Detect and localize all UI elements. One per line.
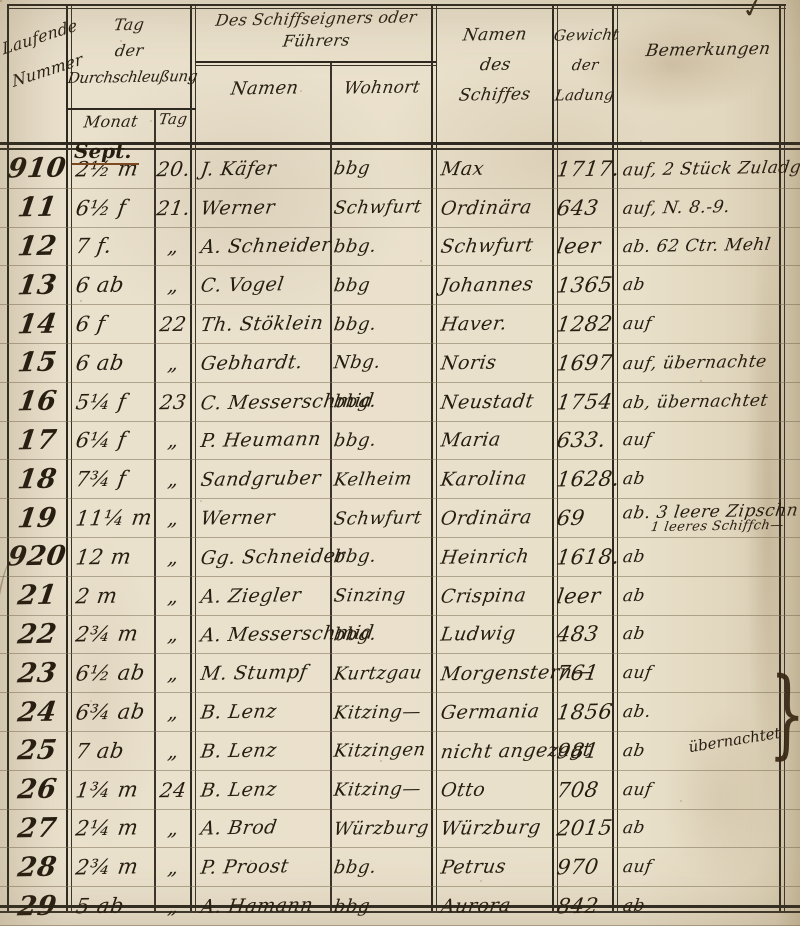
cell-residence: Kitzing— xyxy=(334,771,432,809)
cell-ship: Germania xyxy=(441,693,553,731)
cell-day: 20. xyxy=(155,150,192,188)
remark-text: auf, N. 8.-9. xyxy=(621,197,731,219)
weight-text: leer xyxy=(555,234,602,259)
time-text: 7 ab xyxy=(74,738,126,763)
cell-weight: 1697 xyxy=(557,344,613,382)
table-row: 136 ab„C. VogelbbgJohannes1365ab xyxy=(0,266,800,305)
remark-text: ab xyxy=(622,741,647,761)
cell-name: A. Hamann xyxy=(201,887,331,925)
weight-text: 1618. xyxy=(555,544,621,569)
cell-remark: ab. 62 Ctr. Mehl xyxy=(623,228,795,266)
cell-remark: ab xyxy=(623,266,795,304)
name-text: P. Proost xyxy=(199,855,290,879)
time-text: 11¼ m xyxy=(74,505,154,530)
ledger-rows: 9102½ m20.J. KäferbbgMax1717.auf, 2 Stüc… xyxy=(0,150,800,906)
weight-text: 69 xyxy=(555,506,586,530)
header-text: Wohnort xyxy=(343,77,422,98)
name-text: B. Lenz xyxy=(199,778,278,801)
time-text: 5 ab xyxy=(74,894,126,919)
ledger-page: Laufende Nummer Tag der Durchschleußung … xyxy=(0,0,800,926)
header-text: Bemerkungen xyxy=(644,39,771,61)
day-text: „ xyxy=(166,739,180,763)
cell-time: 7¾ f xyxy=(76,460,154,498)
residence-text: Kitzing— xyxy=(332,778,422,801)
day-text: „ xyxy=(166,584,180,608)
day-text: „ xyxy=(166,351,180,375)
cell-nr: 27 xyxy=(8,810,66,848)
time-text: 2¾ m xyxy=(74,855,140,880)
cell-weight: 1628. xyxy=(557,460,613,498)
cell-residence: Schwfurt xyxy=(334,499,432,537)
cell-weight: 981 xyxy=(557,732,613,770)
weight-text: 970 xyxy=(555,855,600,880)
cell-ship: Noris xyxy=(441,344,553,382)
residence-text: Schwfurt xyxy=(332,196,423,219)
cell-remark: auf, übernachte xyxy=(623,344,795,382)
cell-day: „ xyxy=(155,499,192,537)
time-text: 6½ ab xyxy=(74,661,146,686)
cell-ship: Karolina xyxy=(441,460,553,498)
cell-day: „ xyxy=(155,732,192,770)
cell-ship: Neustadt xyxy=(441,383,553,421)
cell-day: „ xyxy=(155,616,192,654)
cell-ship: Würzburg xyxy=(441,810,553,848)
cell-day: „ xyxy=(155,344,192,382)
nr-text: 920 xyxy=(6,541,68,573)
cell-nr: 26 xyxy=(8,771,66,809)
time-text: 7¾ f xyxy=(74,467,128,492)
cell-ship: Maria xyxy=(441,422,553,460)
weight-text: 1717. xyxy=(555,156,621,181)
residence-text: Sinzing xyxy=(332,585,407,607)
day-text: „ xyxy=(166,467,180,491)
cell-ship: Petrus xyxy=(441,848,553,886)
name-text: C. Vogel xyxy=(199,274,285,297)
cell-name: P. Heumann xyxy=(201,422,331,460)
nr-text: 24 xyxy=(15,696,58,728)
cell-ship: nicht angezagt xyxy=(441,732,553,770)
remark-text: ab xyxy=(622,624,647,644)
table-row: 282¾ m„P. Proostbbg.Petrus970auf xyxy=(0,848,800,887)
cell-day: „ xyxy=(155,887,192,925)
cell-name: M. Stumpf xyxy=(201,654,331,692)
weight-text: 1282 xyxy=(555,312,614,337)
pen-squiggle: ✓ xyxy=(739,0,767,26)
day-text: „ xyxy=(166,234,180,258)
cell-weight: 842 xyxy=(557,887,613,925)
cell-day: „ xyxy=(155,228,192,266)
cell-time: 2¾ m xyxy=(76,848,154,886)
cell-nr: 16 xyxy=(8,383,66,421)
ship-text: Noris xyxy=(439,351,498,374)
nr-text: 18 xyxy=(15,463,58,495)
cell-residence: bbg. xyxy=(334,848,432,886)
month-label: Sept. xyxy=(72,139,139,165)
cell-remark: ab xyxy=(623,616,795,654)
cell-remark: ab xyxy=(623,577,795,615)
header-owner-name: Namen xyxy=(201,78,329,99)
time-text: 2 m xyxy=(74,583,119,608)
header-text: Gewicht xyxy=(552,19,621,50)
nr-text: 28 xyxy=(15,851,58,883)
day-text: 23 xyxy=(159,389,189,413)
residence-text: bbg. xyxy=(332,313,377,335)
cell-time: 6¾ ab xyxy=(76,693,154,731)
cell-remark: ab. 3 leere Zipschn1 leeres Schiffch— xyxy=(623,499,795,537)
nr-text: 22 xyxy=(15,619,58,651)
cell-residence: bbg. xyxy=(334,228,432,266)
name-text: A. Brod xyxy=(199,817,278,840)
cell-name: A. Brod xyxy=(201,810,331,848)
cell-time: 7 f. xyxy=(76,228,154,266)
weight-text: 1628. xyxy=(555,467,621,492)
day-text: „ xyxy=(166,816,180,840)
weight-text: 981 xyxy=(555,738,600,763)
cell-ship: Haver. xyxy=(441,305,553,343)
cell-weight: leer xyxy=(557,228,613,266)
ship-text: Karolina xyxy=(439,468,528,491)
time-text: 7 f. xyxy=(74,234,113,259)
cell-day: „ xyxy=(155,693,192,731)
cell-weight: 1754 xyxy=(557,383,613,421)
header-day-of-passage: Tag der Durchschleußung xyxy=(68,12,190,90)
name-text: B. Lenz xyxy=(199,700,278,723)
cell-name: B. Lenz xyxy=(201,771,331,809)
cell-remark: ab xyxy=(623,887,795,925)
cell-name: B. Lenz xyxy=(201,732,331,770)
table-row: 176¼ f„P. Heumannbbg.Maria633.auf xyxy=(0,422,800,461)
ship-text: Crispina xyxy=(439,584,528,607)
cell-nr: 23 xyxy=(8,654,66,692)
nr-text: 21 xyxy=(15,580,58,612)
cell-name: A. Schneider xyxy=(201,228,331,266)
cell-nr: 15 xyxy=(8,344,66,382)
time-text: 6 f xyxy=(74,312,107,337)
time-text: 12 m xyxy=(74,544,133,569)
name-text: B. Lenz xyxy=(199,739,278,762)
cell-residence: bbg xyxy=(334,887,432,925)
cell-nr: 25 xyxy=(8,732,66,770)
header-text: des xyxy=(478,50,513,81)
day-text: „ xyxy=(166,545,180,569)
weight-text: leer xyxy=(555,583,602,608)
cell-name: C. Messerschmid xyxy=(201,383,331,421)
header-text: Namen xyxy=(461,19,529,50)
header-owner-residence: Wohnort xyxy=(332,78,432,98)
cell-time: 6 ab xyxy=(76,266,154,304)
cell-name: Gebhardt. xyxy=(201,344,331,382)
cell-nr: 29 xyxy=(8,887,66,925)
cell-nr: 13 xyxy=(8,266,66,304)
day-text: „ xyxy=(166,700,180,724)
header-remarks: Bemerkungen xyxy=(622,40,794,60)
nr-text: 13 xyxy=(15,269,58,301)
table-row: 236½ ab„M. StumpfKurtzgauMorgenstern—761… xyxy=(0,654,800,693)
weight-text: 1697 xyxy=(555,350,614,375)
remark-text: ab xyxy=(622,818,647,838)
header-text: Monat xyxy=(83,112,140,132)
residence-text: Kitzingen xyxy=(332,740,427,763)
nr-text: 16 xyxy=(15,386,58,418)
cell-residence: bbg xyxy=(334,150,432,188)
grid-line xyxy=(195,61,436,63)
header-text: Führers xyxy=(281,29,351,52)
remark-text: auf xyxy=(622,779,654,800)
cell-ship: Ordinära xyxy=(441,499,553,537)
cell-time: 11¼ m xyxy=(76,499,154,537)
time-text: 6¼ f xyxy=(74,428,128,453)
name-text: Sandgruber xyxy=(199,467,322,491)
cell-name: J. Käfer xyxy=(201,150,331,188)
nr-text: 12 xyxy=(15,231,58,263)
remark-text: auf, übernachte xyxy=(621,352,768,375)
remark-text: auf xyxy=(622,857,654,878)
residence-text: Nbg. xyxy=(332,352,382,374)
time-text: 1¾ m xyxy=(74,777,140,802)
cell-remark: auf xyxy=(623,771,795,809)
name-text: Gebhardt. xyxy=(199,351,304,375)
cell-ship: Aurora xyxy=(441,887,553,925)
residence-text: Kelheim xyxy=(332,468,413,490)
cell-ship: Otto xyxy=(441,771,553,809)
cell-residence: bbg. xyxy=(334,383,432,421)
time-text: 5¼ f xyxy=(74,389,128,414)
time-text: 6 ab xyxy=(74,350,126,375)
cell-residence: bbg. xyxy=(334,616,432,654)
cell-day: „ xyxy=(155,577,192,615)
weight-text: 2015 xyxy=(555,816,614,841)
table-row: 272¼ m„A. BrodWürzburgWürzburg2015ab xyxy=(0,810,800,849)
ship-text: Otto xyxy=(439,778,487,801)
weight-text: 1856 xyxy=(555,700,614,725)
nr-text: 17 xyxy=(15,425,58,457)
residence-text: bbg xyxy=(332,158,371,180)
cell-weight: 1717. xyxy=(557,150,613,188)
cell-name: Werner xyxy=(201,499,331,537)
cell-time: 12 m xyxy=(76,538,154,576)
table-row: 156 ab„Gebhardt.Nbg.Noris1697auf, überna… xyxy=(0,344,800,383)
cell-time: 2¼ m xyxy=(76,810,154,848)
day-text: „ xyxy=(166,506,180,530)
day-text: „ xyxy=(166,661,180,685)
cell-residence: Schwfurt xyxy=(334,189,432,227)
cell-remark: ab xyxy=(623,460,795,498)
cell-name: Werner xyxy=(201,189,331,227)
overnight-brace: } xyxy=(768,665,800,764)
ship-text: Würzburg xyxy=(439,817,542,841)
residence-text: bbg. xyxy=(332,391,377,413)
cell-ship: Heinrich xyxy=(441,538,553,576)
cell-ship: Schwfurt xyxy=(441,228,553,266)
cell-weight: 1282 xyxy=(557,305,613,343)
name-text: A. Ziegler xyxy=(199,584,302,608)
time-text: 6¾ ab xyxy=(74,699,146,724)
residence-text: bbg xyxy=(332,895,371,917)
cell-time: 6 f xyxy=(76,305,154,343)
header-text: Tag xyxy=(112,12,146,39)
cell-nr: 28 xyxy=(8,848,66,886)
cell-time: 6½ f xyxy=(76,189,154,227)
weight-text: 1754 xyxy=(555,389,614,414)
ship-text: Schwfurt xyxy=(439,235,534,259)
cell-weight: 708 xyxy=(557,771,613,809)
cell-residence: bbg. xyxy=(334,538,432,576)
name-text: Gg. Schneider xyxy=(199,545,346,570)
cell-nr: 910 xyxy=(8,150,66,188)
name-text: J. Käfer xyxy=(199,157,277,180)
cell-remark: auf, 2 Stück Zuladg xyxy=(623,150,795,188)
residence-text: bbg. xyxy=(332,236,377,258)
cell-nr: 18 xyxy=(8,460,66,498)
day-text: 22 xyxy=(159,312,189,336)
cell-ship: Morgenstern— xyxy=(441,654,553,692)
ship-text: Heinrich xyxy=(439,545,531,569)
nr-text: 11 xyxy=(15,192,58,224)
cell-day: 23 xyxy=(155,383,192,421)
remark-text: ab xyxy=(622,275,647,295)
cell-weight: 1856 xyxy=(557,693,613,731)
table-row: 212 m„A. ZieglerSinzingCrispinaleerab xyxy=(0,577,800,616)
cell-ship: Ludwig xyxy=(441,616,553,654)
cell-name: Gg. Schneider xyxy=(201,538,331,576)
cell-residence: bbg xyxy=(334,266,432,304)
nr-text: 29 xyxy=(15,890,58,922)
cell-remark: ab xyxy=(623,810,795,848)
ship-text: Haver. xyxy=(439,313,508,336)
table-row: 257 ab„B. LenzKitzingennicht angezagt981… xyxy=(0,732,800,771)
day-text: „ xyxy=(166,894,180,918)
cell-nr: 11 xyxy=(8,189,66,227)
cell-time: 2¾ m xyxy=(76,616,154,654)
name-text: A. Hamann xyxy=(199,894,314,918)
day-text: „ xyxy=(166,855,180,879)
cell-name: Sandgruber xyxy=(201,460,331,498)
cell-ship: Crispina xyxy=(441,577,553,615)
cell-nr: 920 xyxy=(8,538,66,576)
day-text: „ xyxy=(166,622,180,646)
weight-text: 708 xyxy=(555,777,600,802)
residence-text: Kurtzgau xyxy=(332,662,423,685)
cell-day: „ xyxy=(155,460,192,498)
cell-nr: 19 xyxy=(8,499,66,537)
header-text: der xyxy=(113,38,145,64)
cell-remark: auf, N. 8.-9. xyxy=(623,189,795,227)
name-text: P. Heumann xyxy=(199,428,322,452)
cell-nr: 22 xyxy=(8,616,66,654)
nr-text: 910 xyxy=(6,153,68,185)
remark-text: ab xyxy=(622,547,647,567)
header-text: Ladung xyxy=(553,79,617,110)
cell-day: „ xyxy=(155,422,192,460)
header-text: Des Schiffseigners oder xyxy=(214,6,418,31)
cell-name: A. Messerschmid xyxy=(201,616,331,654)
cell-residence: Kitzing— xyxy=(334,693,432,731)
cell-weight: leer xyxy=(557,577,613,615)
cell-remark: auf xyxy=(623,305,795,343)
cell-residence: Nbg. xyxy=(334,344,432,382)
ship-text: Aurora xyxy=(439,894,512,917)
cell-weight: 761 xyxy=(557,654,613,692)
ship-text: Max xyxy=(439,158,485,181)
cell-nr: 17 xyxy=(8,422,66,460)
header-ship-owner: Des Schiffseigners oder Führers xyxy=(198,8,434,52)
cell-day: „ xyxy=(155,266,192,304)
table-row: 1911¼ m„WernerSchwfurtOrdinära69ab. 3 le… xyxy=(0,499,800,538)
header-day: Tag xyxy=(155,110,191,128)
cell-name: C. Vogel xyxy=(201,266,331,304)
header-cargo-weight: Gewicht der Ladung xyxy=(554,20,616,110)
cell-weight: 1365 xyxy=(557,266,613,304)
remark-text: ab xyxy=(622,585,647,605)
cell-day: 24 xyxy=(155,771,192,809)
cell-weight: 2015 xyxy=(557,810,613,848)
residence-text: Kitzing— xyxy=(332,701,422,724)
weight-text: 1365 xyxy=(555,273,614,298)
header-text: Tag xyxy=(158,110,189,128)
remark-text: ab xyxy=(622,469,647,489)
cell-nr: 21 xyxy=(8,577,66,615)
nr-text: 25 xyxy=(15,735,58,767)
nr-text: 14 xyxy=(15,308,58,340)
day-text: „ xyxy=(166,273,180,297)
cell-name: P. Proost xyxy=(201,848,331,886)
cell-remark: auf xyxy=(623,422,795,460)
grid-line xyxy=(195,65,436,66)
cell-time: 6¼ f xyxy=(76,422,154,460)
time-text: 6 ab xyxy=(74,273,126,298)
time-text: 6½ f xyxy=(74,195,128,220)
weight-text: 483 xyxy=(555,622,600,647)
cell-name: B. Lenz xyxy=(201,693,331,731)
cell-remark: ab, übernachtet xyxy=(623,383,795,421)
cell-weight: 643 xyxy=(557,189,613,227)
cell-time: 2 m xyxy=(76,577,154,615)
cell-ship: Johannes xyxy=(441,266,553,304)
cell-day: „ xyxy=(155,810,192,848)
ship-text: Neustadt xyxy=(439,390,535,414)
day-text: „ xyxy=(166,428,180,452)
cell-time: 5¼ f xyxy=(76,383,154,421)
remark-text: auf, 2 Stück Zuladg xyxy=(621,157,800,180)
weight-text: 633. xyxy=(555,428,607,453)
ship-text: Johannes xyxy=(439,273,534,297)
cell-remark: ab xyxy=(623,538,795,576)
day-text: 21. xyxy=(155,195,192,220)
table-row: 165¼ f23C. Messerschmidbbg.Neustadt1754a… xyxy=(0,383,800,422)
cell-nr: 14 xyxy=(8,305,66,343)
paper-speckles xyxy=(0,0,2,2)
time-text: 2¼ m xyxy=(74,816,140,841)
time-text: 2¾ m xyxy=(74,622,140,647)
cell-time: 7 ab xyxy=(76,732,154,770)
residence-text: bbg. xyxy=(332,546,377,568)
weight-text: 842 xyxy=(555,894,600,919)
header-text: Schiffes xyxy=(457,79,533,110)
residence-text: Würzburg xyxy=(332,817,430,840)
cell-residence: bbg. xyxy=(334,422,432,460)
cell-weight: 633. xyxy=(557,422,613,460)
cell-weight: 1618. xyxy=(557,538,613,576)
cell-day: „ xyxy=(155,538,192,576)
cell-day: 21. xyxy=(155,189,192,227)
cell-weight: 69 xyxy=(557,499,613,537)
cell-time: 6 ab xyxy=(76,344,154,382)
cell-weight: 970 xyxy=(557,848,613,886)
table-row: 92012 m„Gg. Schneiderbbg.Heinrich1618.ab xyxy=(0,538,800,577)
residence-text: bbg. xyxy=(332,856,377,878)
cell-residence: Sinzing xyxy=(334,577,432,615)
header-month: Monat xyxy=(68,112,154,131)
